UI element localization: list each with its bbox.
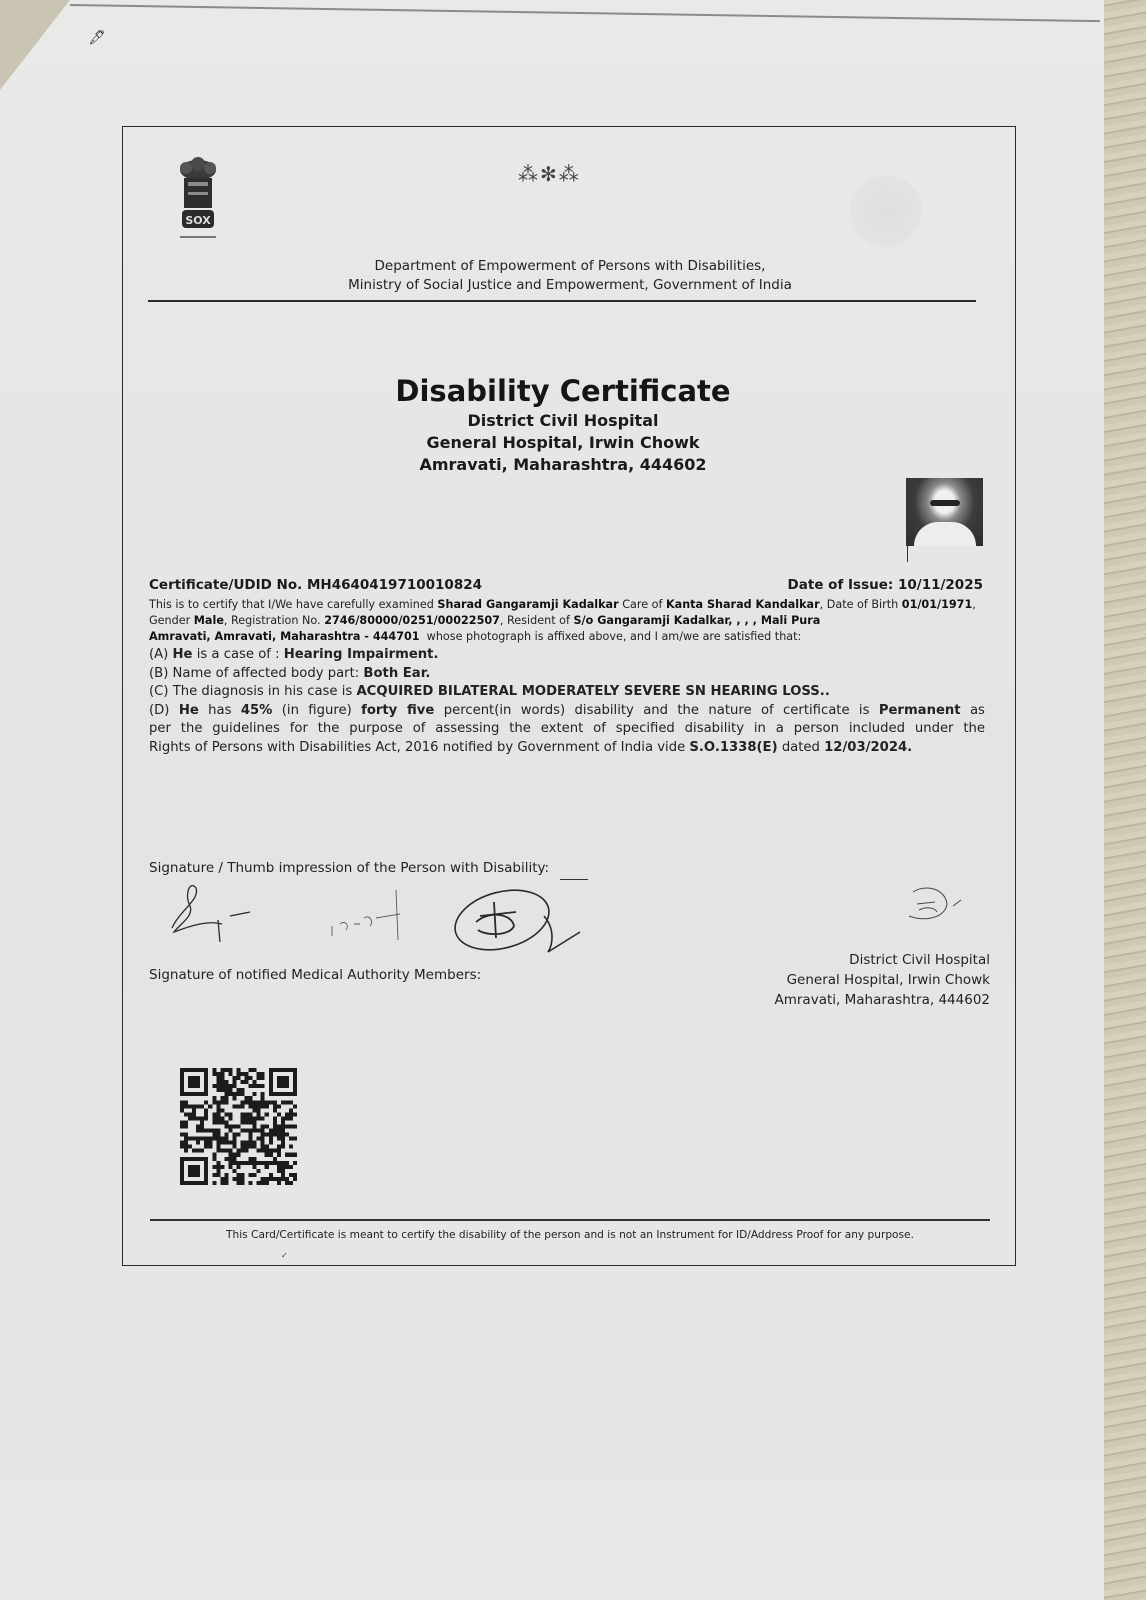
photo-border-line: [907, 540, 908, 562]
care-of-name: Kanta Sharad Kandalkar: [666, 598, 820, 611]
person-name: Sharad Gangaramji Kadalkar: [437, 598, 618, 611]
resident-label: , Resident of: [500, 614, 570, 627]
stray-mark: ✓: [281, 1251, 288, 1260]
authority-name: District Civil Hospital: [775, 950, 991, 970]
clause-d-line2: per the guidelines for the purpose of as…: [149, 720, 985, 739]
notification-date: 12/03/2024.: [824, 740, 912, 755]
qr-code: [180, 1068, 297, 1185]
department-line: Department of Empowerment of Persons wit…: [260, 257, 880, 276]
clause-a-prefix: (A): [149, 647, 168, 662]
clause-a-pronoun: He: [173, 647, 193, 662]
act-reference-text: Rights of Persons with Disabilities Act,…: [149, 740, 685, 755]
clause-c: (C) The diagnosis in his case is ACQUIRE…: [149, 683, 985, 702]
disability-type: Hearing Impairment.: [284, 647, 439, 662]
affected-body-part: Both Ear.: [363, 666, 430, 681]
issue-date: 10/11/2025: [898, 577, 983, 593]
faded-seal-watermark: [850, 175, 922, 247]
udid-number: Certificate/UDID No. MH4640419710010824: [149, 577, 482, 593]
clause-b-text: (B) Name of affected body part:: [149, 666, 359, 681]
issuing-authority-block: District Civil Hospital General Hospital…: [775, 950, 991, 1010]
certificate-nature: Permanent: [879, 703, 961, 718]
hospital-address-line: General Hospital, Irwin Chowk: [300, 432, 826, 454]
hospital-name: District Civil Hospital: [300, 410, 826, 432]
diagnosis: ACQUIRED BILATERAL MODERATELY SEVERE SN …: [356, 684, 829, 699]
person-signature-label: Signature / Thumb impression of the Pers…: [149, 860, 549, 876]
issue-label: Date of Issue:: [788, 577, 894, 593]
clause-d-line3: Rights of Persons with Disabilities Act,…: [149, 739, 985, 758]
in-figure-label: (in figure): [282, 703, 352, 718]
photo-glasses: [930, 500, 960, 506]
applicant-photograph: [906, 478, 983, 546]
medical-authority-label: Signature of notified Medical Authority …: [149, 967, 481, 983]
intro-text: This is to certify that I/We have carefu…: [149, 598, 434, 611]
hospital-city-line: Amravati, Maharashtra, 444602: [300, 454, 826, 476]
decorative-ornament-icon: ⁂✻⁂: [518, 162, 581, 186]
clause-d-prefix: (D): [149, 703, 169, 718]
authority-city: Amravati, Maharashtra, 444602: [775, 990, 991, 1010]
clause-d-pronoun: He: [179, 703, 199, 718]
certification-statement: This is to certify that I/We have carefu…: [149, 597, 984, 645]
svg-text:SOX: SOX: [185, 214, 211, 227]
dated-text: dated: [782, 740, 820, 755]
clause-d-line1: (D) He has 45% (in figure) forty five pe…: [149, 702, 985, 721]
udid-label: Certificate/UDID No.: [149, 577, 302, 593]
address-city: Amravati, Amravati, Maharashtra - 444701: [149, 630, 420, 643]
footer-divider: [150, 1219, 990, 1221]
certificate-title-block: Disability Certificate District Civil Ho…: [300, 372, 826, 476]
paper-top-edge-line: [70, 4, 1100, 22]
authority-address: General Hospital, Irwin Chowk: [775, 970, 991, 990]
registration-label: , Registration No.: [224, 614, 321, 627]
notification-number: S.O.1338(E): [689, 740, 777, 755]
disability-clauses: (A) He is a case of : Hearing Impairment…: [149, 646, 985, 757]
clause-a-text: is a case of :: [197, 647, 280, 662]
date-of-issue: Date of Issue: 10/11/2025: [788, 577, 983, 593]
date-of-birth: 01/01/1971: [902, 598, 972, 611]
udid-value: MH4640419710010824: [307, 577, 482, 593]
ministry-line: Ministry of Social Justice and Empowerme…: [260, 276, 880, 295]
dob-label: , Date of Birth: [820, 598, 899, 611]
disability-percent-words: forty five: [361, 703, 434, 718]
authority-signature-mark: [895, 882, 965, 932]
clause-b: (B) Name of affected body part: Both Ear…: [149, 665, 985, 684]
resident-address: S/o Gangaramji Kadalkar, , , , Mali Pura: [574, 614, 821, 627]
header-divider: [148, 300, 976, 302]
clause-a: (A) He is a case of : Hearing Impairment…: [149, 646, 985, 665]
footer-disclaimer: This Card/Certificate is meant to certif…: [150, 1229, 990, 1241]
national-emblem-icon: SOX: [174, 156, 222, 244]
in-words-text: percent(in words) disability and the nat…: [444, 703, 870, 718]
certificate-title: Disability Certificate: [300, 372, 826, 410]
registration-number: 2746/80000/0251/00022507: [324, 614, 500, 627]
clause-d-has: has: [208, 703, 231, 718]
department-header: Department of Empowerment of Persons wit…: [260, 257, 880, 295]
handwritten-signatures: [160, 880, 600, 960]
pen-mark: 🖋︎: [88, 30, 106, 46]
closing-text: whose photograph is affixed above, and I…: [427, 630, 802, 643]
clause-c-text: (C) The diagnosis in his case is: [149, 684, 352, 699]
gender: Male: [194, 614, 224, 627]
care-of-label: Care of: [622, 598, 662, 611]
as-text: as: [970, 703, 985, 718]
photo-shirt: [914, 522, 976, 546]
disability-percent: 45%: [241, 703, 273, 718]
